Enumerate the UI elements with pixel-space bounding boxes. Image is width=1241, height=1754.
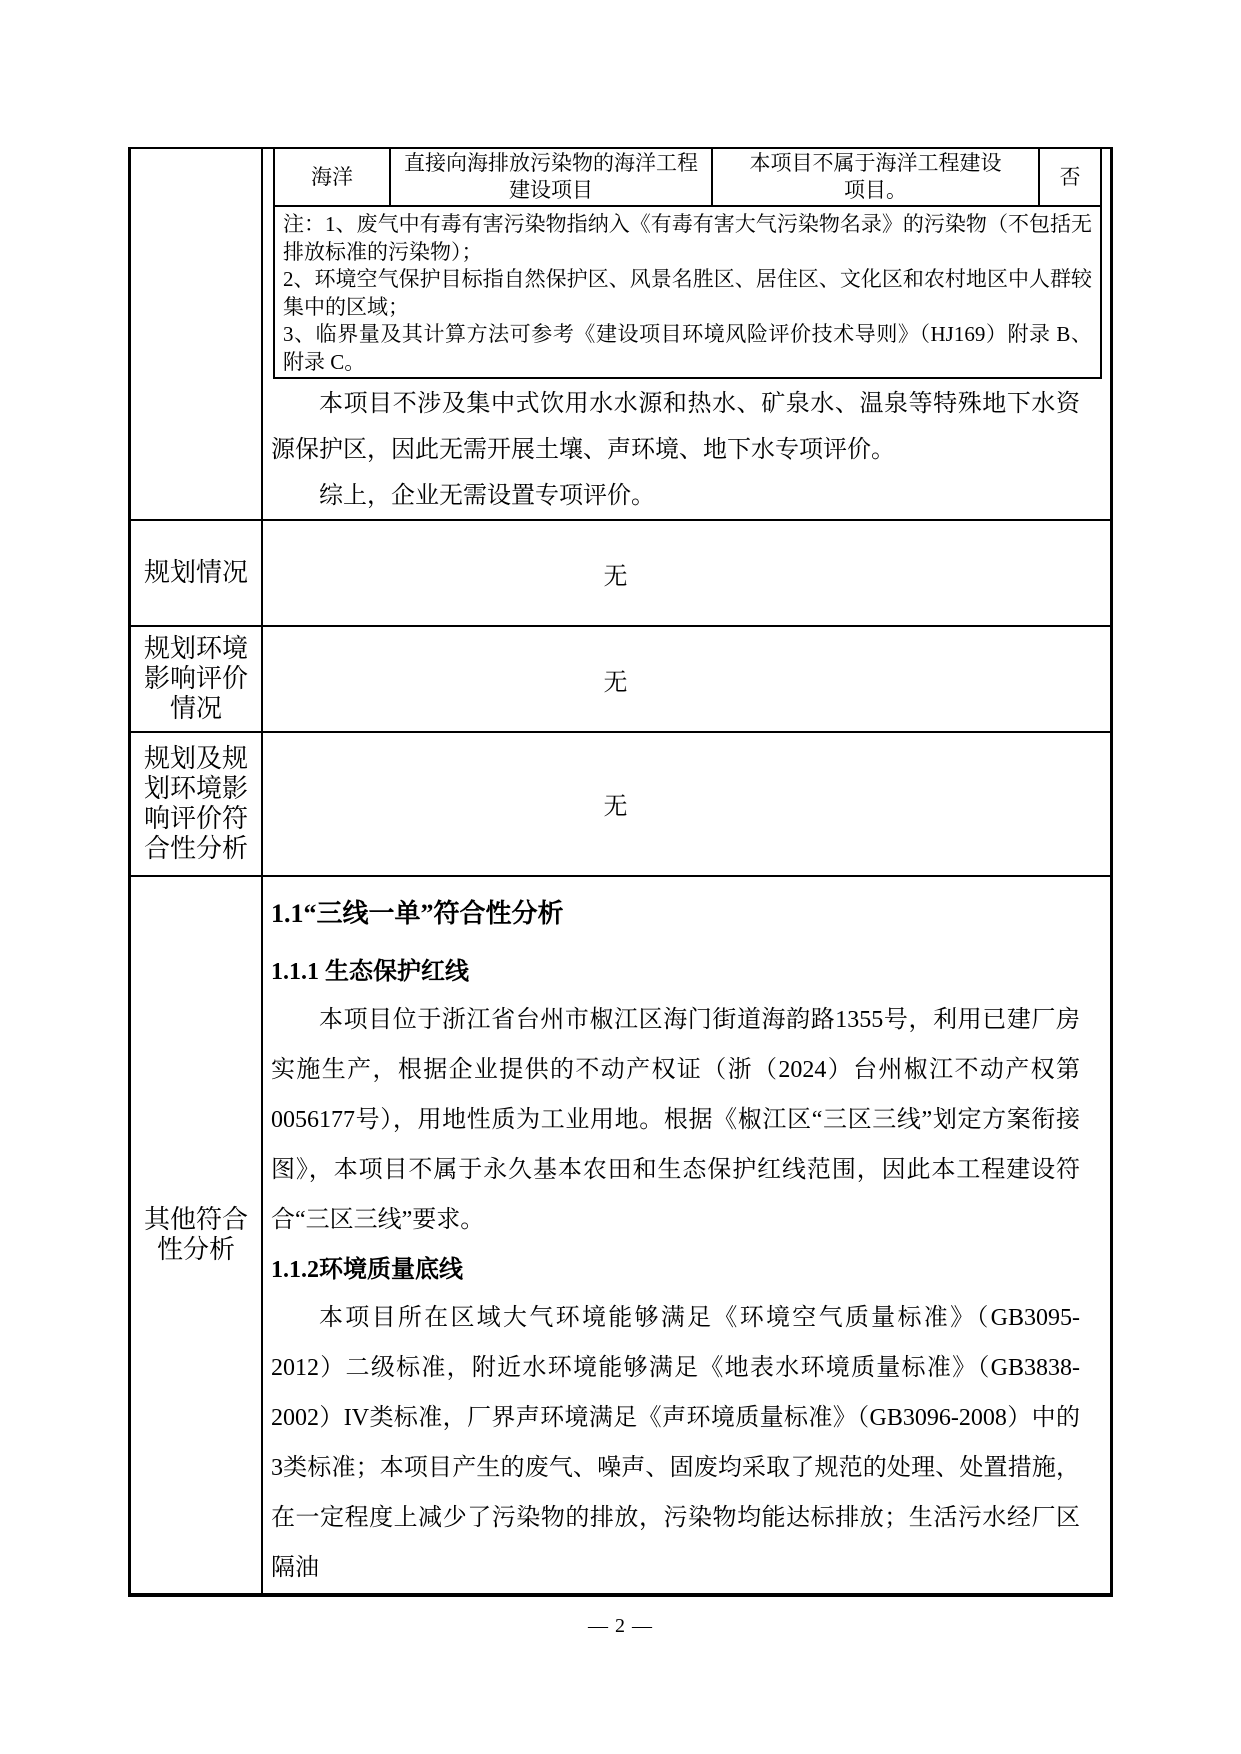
planning-compliance-value-cell: 无 xyxy=(263,733,1110,875)
special-evaluation-row: 海洋 直接向海排放污染物的海洋工程建设项目 本项目不属于海洋工程建设项目。 否 xyxy=(131,149,1110,521)
ecological-redline-paragraph: 本项目位于浙江省台州市椒江区海门街道海韵路1355号，利用已建厂房实施生产，根据… xyxy=(271,995,1096,1245)
marine-answer-cell: 否 xyxy=(1040,149,1100,205)
planning-status-row: 规划情况 无 xyxy=(131,521,1110,627)
document-page: 海洋 直接向海排放污染物的海洋工程建设项目 本项目不属于海洋工程建设项目。 否 xyxy=(0,0,1241,1754)
other-compliance-label: 其他符合性分析 xyxy=(142,1205,250,1265)
marine-conclusion-cell: 本项目不属于海洋工程建设项目。 xyxy=(713,149,1040,205)
page-number: — 2 — xyxy=(0,1615,1241,1638)
planning-eia-status-row: 规划环境影响评价情况 无 xyxy=(131,627,1110,732)
planning-compliance-value: 无 xyxy=(604,786,628,821)
planning-compliance-row: 规划及规划环境影响评价符合性分析 无 xyxy=(131,733,1110,877)
subsection-heading-environmental-quality: 1.1.2环境质量底线 xyxy=(271,1255,1096,1285)
planning-eia-status-value-cell: 无 xyxy=(263,627,1110,730)
planning-status-label: 规划情况 xyxy=(142,558,250,588)
marine-conclusion-text: 本项目不属于海洋工程建设项目。 xyxy=(745,150,1007,204)
marine-criteria-table: 海洋 直接向海排放污染物的海洋工程建设项目 本项目不属于海洋工程建设项目。 否 xyxy=(273,149,1102,379)
planning-eia-status-label: 规划环境影响评价情况 xyxy=(142,634,250,724)
note-line-2: 2、环境空气保护目标指自然保护区、风景名胜区、居住区、文化区和农村地区中人群较集… xyxy=(283,266,1092,321)
notes-cell: 注：1、废气中有毒有害污染物指纳入《有毒有害大气污染物名录》的污染物（不包括无排… xyxy=(275,207,1100,377)
other-compliance-row: 其他符合性分析 1.1“三线一单”符合性分析 1.1.1 生态保护红线 本项目位… xyxy=(131,877,1110,1593)
section-heading-three-lines-one-list: 1.1“三线一单”符合性分析 xyxy=(271,897,1096,931)
marine-answer-text: 否 xyxy=(1060,164,1081,191)
row-header-empty xyxy=(131,149,263,519)
planning-compliance-label: 规划及规划环境影响评价符合性分析 xyxy=(142,744,250,864)
marine-criteria-row: 海洋 直接向海排放污染物的海洋工程建设项目 本项目不属于海洋工程建设项目。 否 xyxy=(275,149,1100,207)
other-compliance-content: 1.1“三线一单”符合性分析 1.1.1 生态保护红线 本项目位于浙江省台州市椒… xyxy=(263,877,1110,1593)
subsection-heading-ecological-redline: 1.1.1 生态保护红线 xyxy=(271,957,1096,987)
planning-eia-status-value: 无 xyxy=(604,662,628,697)
environmental-quality-paragraph: 本项目所在区域大气环境能够满足《环境空气质量标准》（GB3095-2012）二级… xyxy=(271,1293,1096,1593)
note-line-3: 3、临界量及其计算方法可参考《建设项目环境风险评价技术导则》（HJ169）附录 … xyxy=(283,321,1092,376)
special-eval-paragraph-2: 综上，企业无需设置专项评价。 xyxy=(271,473,1080,519)
planning-status-header: 规划情况 xyxy=(131,521,263,625)
marine-category-cell: 海洋 xyxy=(275,149,391,205)
note-line-1: 注：1、废气中有毒有害污染物指纳入《有毒有害大气污染物名录》的污染物（不包括无排… xyxy=(283,211,1092,266)
planning-eia-status-header: 规划环境影响评价情况 xyxy=(131,627,263,730)
other-compliance-header: 其他符合性分析 xyxy=(131,877,263,1593)
special-evaluation-content: 海洋 直接向海排放污染物的海洋工程建设项目 本项目不属于海洋工程建设项目。 否 xyxy=(263,149,1110,519)
marine-criteria-cell: 直接向海排放污染物的海洋工程建设项目 xyxy=(391,149,713,205)
planning-status-value: 无 xyxy=(604,556,628,591)
special-eval-paragraph-1: 本项目不涉及集中式饮用水水源和热水、矿泉水、温泉等特殊地下水资源保护区，因此无需… xyxy=(271,381,1080,473)
marine-criteria-text: 直接向海排放污染物的海洋工程建设项目 xyxy=(401,150,701,204)
planning-compliance-header: 规划及规划环境影响评价符合性分析 xyxy=(131,733,263,875)
marine-category-text: 海洋 xyxy=(311,164,353,191)
special-eval-paragraphs: 本项目不涉及集中式饮用水水源和热水、矿泉水、温泉等特殊地下水资源保护区，因此无需… xyxy=(263,379,1110,519)
eia-form-table: 海洋 直接向海排放污染物的海洋工程建设项目 本项目不属于海洋工程建设项目。 否 xyxy=(128,147,1113,1597)
planning-status-value-cell: 无 xyxy=(263,521,1110,625)
